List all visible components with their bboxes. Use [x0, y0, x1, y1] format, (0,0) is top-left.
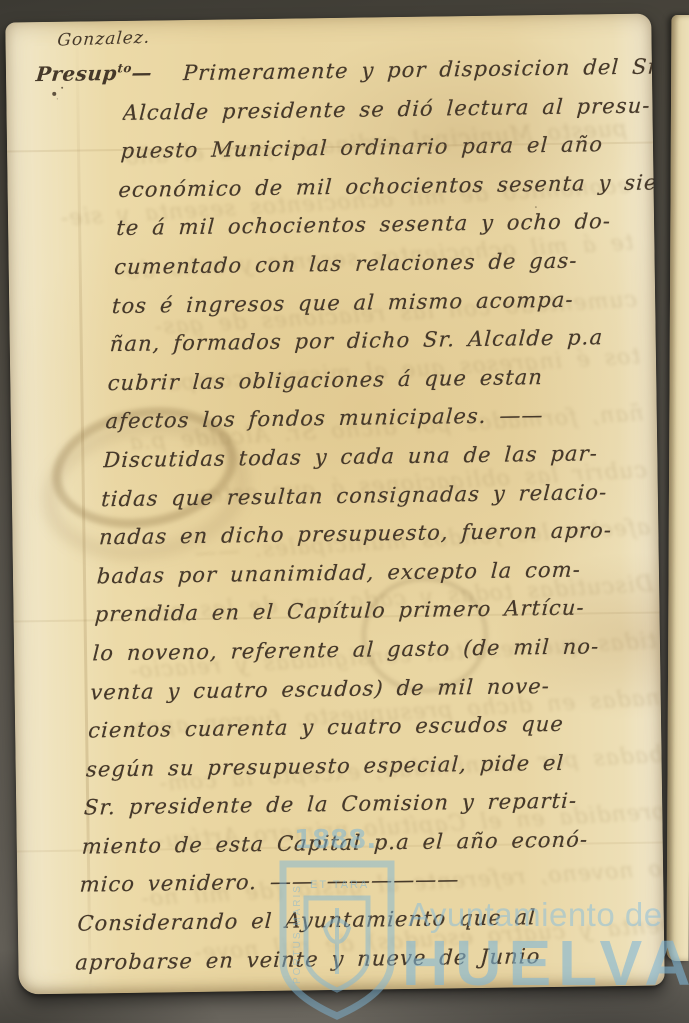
manuscript-line: lo noveno, referente al gasto (de mil no… [92, 627, 644, 673]
manuscript-line: Primeramente y por disposicion del Sr. [182, 47, 665, 92]
manuscript-text: Primeramente y por disposicion del Sr. A… [74, 47, 664, 982]
adjacent-page-edge [667, 15, 689, 961]
margin-heading-base: Presup [35, 61, 118, 86]
manuscript-page: puesto Municipal ordinario para el añoec… [5, 14, 665, 995]
margin-note-name: Gonzalez. [57, 28, 151, 51]
manuscript-line: ñan, formados por dicho Sr. Alcalde p.a [109, 318, 661, 364]
manuscript-line: te á mil ochocientos sesenta y ocho do- [115, 202, 664, 248]
manuscript-line: aprobarse en veinte y nueve de Junio [74, 936, 626, 982]
ink-specks [52, 92, 56, 96]
archive-photo: puesto Municipal ordinario para el añoec… [0, 0, 689, 1023]
